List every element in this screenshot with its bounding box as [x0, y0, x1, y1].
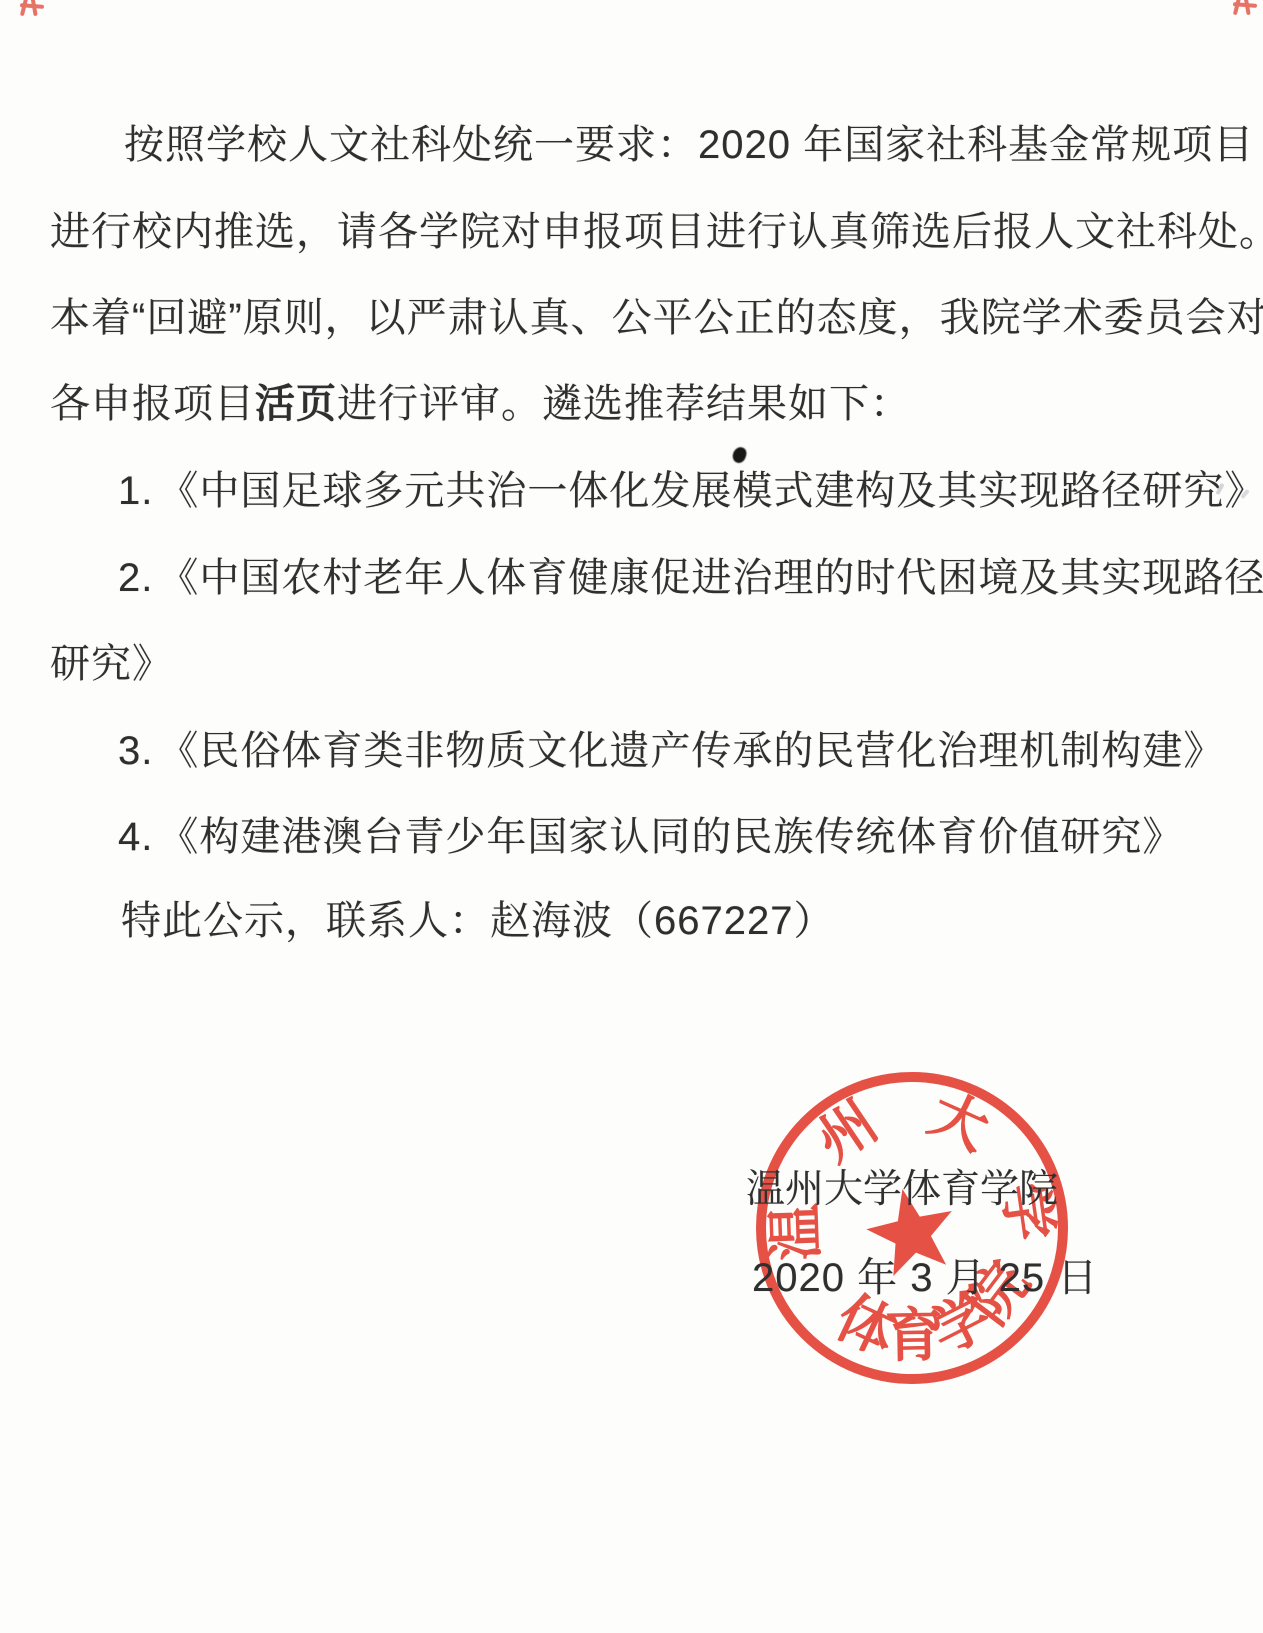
project-item-4-number: 4.: [118, 815, 153, 859]
red-ink-artifact-top-right: [1233, 0, 1263, 15]
project-item-3-number: 3.: [118, 729, 153, 773]
intro-line-4-emphasis: 活页: [255, 382, 337, 426]
intro-line-4: 各申报项目活页进行评审。遴选推荐结果如下：: [50, 372, 911, 429]
project-item-3-title: 《民俗体育类非物质文化遗产传承的民营化治理机制构建》: [158, 729, 1224, 773]
intro-line-4-pre: 各申报项目: [50, 382, 255, 426]
intro-line-3: 本着“回避”原则，以严肃认真、公平公正的态度，我院学术委员会对: [50, 286, 1263, 343]
intro-line-1: 按照学校人文社科处统一要求：2020 年国家社科基金常规项目: [124, 113, 1254, 170]
signature-organization: 温州大学体育学院: [746, 1158, 1058, 1214]
project-item-2-title: 《中国农村老年人体育健康促进治理的时代困境及其实现路径: [158, 556, 1263, 600]
project-item-1-number: 1.: [118, 469, 153, 513]
project-item-3: 3.《民俗体育类非物质文化遗产传承的民营化治理机制构建》: [118, 719, 1224, 776]
intro-line-2: 进行校内推选，请各学院对申报项目进行认真筛选后报人文社科处。: [50, 200, 1263, 257]
scanned-notice-page: { "page": { "background_color": "#fdfdfc…: [0, 0, 1263, 1633]
signature-date: 2020 年 3 月 25 日: [752, 1246, 1098, 1303]
project-item-4: 4.《构建港澳台青少年国家认同的民族传统体育价值研究》: [118, 805, 1183, 862]
project-item-1: 1.《中国足球多元共治一体化发展模式建构及其实现路径研究》: [118, 459, 1263, 516]
closing-contact-line: 特此公示，联系人：赵海波（667227）: [121, 889, 834, 946]
project-item-4-title: 《构建港澳台青少年国家认同的民族传统体育价值研究》: [158, 815, 1183, 859]
project-item-1-title: 《中国足球多元共治一体化发展模式建构及其实现路径研究》: [158, 469, 1263, 513]
project-item-2-continuation: 研究》: [50, 632, 173, 689]
intro-line-4-post: 进行评审。遴选推荐结果如下：: [337, 382, 911, 426]
official-seal: 温 州 大 学 体 育 学 院: [752, 1068, 1072, 1388]
project-item-2: 2.《中国农村老年人体育健康促进治理的时代困境及其实现路径: [118, 546, 1263, 603]
red-ink-artifact-top-left: [20, 0, 50, 16]
project-item-2-number: 2.: [118, 556, 153, 600]
